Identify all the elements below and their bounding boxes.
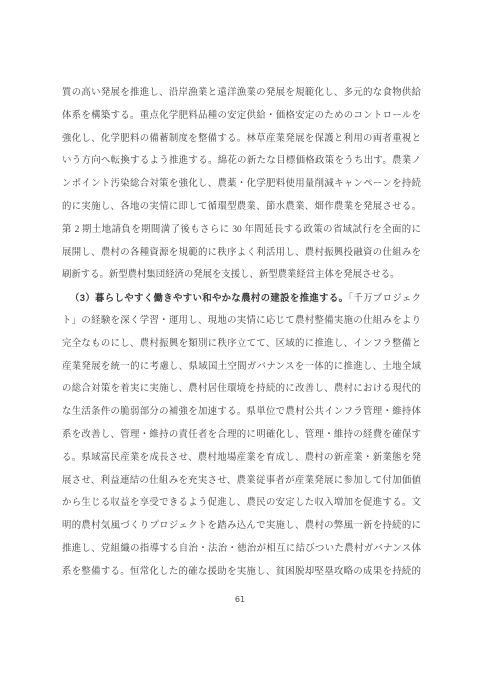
line-text: 体系を構築する。重点化学肥料品種の安定供給・価格安定のためのコントロールを	[62, 111, 421, 121]
page-number: 61	[0, 595, 480, 604]
text-line: 体系を構築する。重点化学肥料品種の安定供給・価格安定のためのコントロールを	[62, 105, 421, 128]
line-text: 第 2 期土地請負を期間満了後もさらに 30 年間延長する政策の省域試行を全面的…	[62, 225, 421, 235]
line-text: 展開し、農村の各種資源を規範的に秩序よく利活用し、農村振興投融資の仕組みを	[62, 248, 421, 258]
line-text: 的に実施し、各地の実情に即して循環型農業、節水農業、畑作農業を発展させる。	[62, 202, 421, 212]
line-text: 系を整備する。恒常化した的確な援助を実施し、貧困脱却堅塁攻略の成果を持続的	[62, 567, 421, 577]
line-text: 質の高い発展を推進し、沿岸漁業と遠洋漁業の発展を規範化し、多元的な食物供給	[62, 88, 421, 98]
text-line-section-heading: （3）暮らしやすく働きやすい和やかな農村の建設を推進する。「千万プロジェク	[62, 287, 421, 310]
line-text: いう方向へ転換するよう推進する。綿花の新たな目標価格政策をうち出す。農業ノ	[62, 156, 421, 166]
text-line: 質の高い発展を推進し、沿岸漁業と遠洋漁業の発展を規範化し、多元的な食物供給	[62, 82, 421, 105]
text-line: いう方向へ転換するよう推進する。綿花の新たな目標価格政策をうち出す。農業ノ	[62, 150, 421, 173]
text-line: る。県域富民産業を成長させ、農村地場産業を育成し、農村の新産業・新業態を発	[62, 447, 421, 470]
section-heading-bold-text: （3）暮らしやすく働きやすい和やかな農村の建設を推進する。	[70, 292, 348, 303]
line-text: ンポイント汚染総合対策を強化し、農薬・化学肥料使用量削減キャンペーンを持続	[62, 179, 421, 189]
text-line: 強化し、化学肥料の備蓄制度を整備する。林草産業発展を保護と利用の両者重視と	[62, 128, 421, 151]
text-line-paragraph-end: 刷新する。新型農村集団経済の発展を支援し、新型農業経営主体を発展させる。	[62, 264, 421, 287]
text-line: の総合対策を着実に実施し、農村居住環境を持続的に改善し、農村における現代的	[62, 378, 421, 401]
text-line: 完全なものにし、農村振興を類別に秩序立てて、区域的に推進し、インフラ整備と	[62, 333, 421, 356]
text-line: 系を整備する。恒常化した的確な援助を実施し、貧困脱却堅塁攻略の成果を持続的	[62, 561, 421, 584]
text-line: 展開し、農村の各種資源を規範的に秩序よく利活用し、農村振興投融資の仕組みを	[62, 242, 421, 265]
text-line: 展させ、利益連結の仕組みを充実させ、農業従事者が産業発展に参加して付加価値	[62, 470, 421, 493]
line-text: 明的農村気風づくりプロジェクトを踏み込んで実施し、農村の弊風一新を持続的に	[62, 521, 421, 531]
text-line: 産業発展を統一的に考慮し、県域国土空間ガバナンスを一体的に推進し、土地全域	[62, 356, 421, 379]
line-text: の総合対策を着実に実施し、農村居住環境を持続的に改善し、農村における現代的	[62, 384, 421, 394]
text-line: から生じる収益を享受できるよう促進し、農民の安定した収入増加を促進する。文	[62, 492, 421, 515]
line-text: 強化し、化学肥料の備蓄制度を整備する。林草産業発展を保護と利用の両者重視と	[62, 134, 421, 144]
line-text: 推進し、党組織の指導する自治・法治・徳治が相互に結びついた農村ガバナンス体	[62, 544, 421, 554]
line-text: 産業発展を統一的に考慮し、県域国土空間ガバナンスを一体的に推進し、土地全域	[62, 362, 421, 372]
line-text: 完全なものにし、農村振興を類別に秩序立てて、区域的に推進し、インフラ整備と	[62, 339, 421, 349]
line-text: 展させ、利益連結の仕組みを充実させ、農業従事者が産業発展に参加して付加価値	[62, 476, 421, 486]
text-line: ト」の経験を深く学習・運用し、現地の実情に応じて農村整備実施の仕組みをより	[62, 310, 421, 333]
text-line: な生活条件の脆弱部分の補強を加速する。県単位で農村公共インフラ管理・維持体	[62, 401, 421, 424]
document-page: 質の高い発展を推進し、沿岸漁業と遠洋漁業の発展を規範化し、多元的な食物供給 体系…	[0, 0, 480, 679]
text-line: 的に実施し、各地の実情に即して循環型農業、節水農業、畑作農業を発展させる。	[62, 196, 421, 219]
text-line: 推進し、党組織の指導する自治・法治・徳治が相互に結びついた農村ガバナンス体	[62, 538, 421, 561]
line-text: る。県域富民産業を成長させ、農村地場産業を育成し、農村の新産業・新業態を発	[62, 453, 421, 463]
line-text: 刷新する。新型農村集団経済の発展を支援し、新型農業経営主体を発展させる。	[62, 270, 400, 280]
line-text: 「千万プロジェク	[348, 294, 421, 304]
line-text: ト」の経験を深く学習・運用し、現地の実情に応じて農村整備実施の仕組みをより	[62, 316, 421, 326]
text-line: ンポイント汚染総合対策を強化し、農薬・化学肥料使用量削減キャンペーンを持続	[62, 173, 421, 196]
text-line: 第 2 期土地請負を期間満了後もさらに 30 年間延長する政策の省域試行を全面的…	[62, 219, 421, 242]
line-text: な生活条件の脆弱部分の補強を加速する。県単位で農村公共インフラ管理・維持体	[62, 407, 421, 417]
line-text: から生じる収益を享受できるよう促進し、農民の安定した収入増加を促進する。文	[62, 498, 421, 508]
line-text: 系を改善し、管理・維持の責任者を合理的に明確化し、管理・維持の経費を確保す	[62, 430, 421, 440]
body-text: 質の高い発展を推進し、沿岸漁業と遠洋漁業の発展を規範化し、多元的な食物供給 体系…	[62, 82, 421, 584]
text-line: 系を改善し、管理・維持の責任者を合理的に明確化し、管理・維持の経費を確保す	[62, 424, 421, 447]
text-line: 明的農村気風づくりプロジェクトを踏み込んで実施し、農村の弊風一新を持続的に	[62, 515, 421, 538]
